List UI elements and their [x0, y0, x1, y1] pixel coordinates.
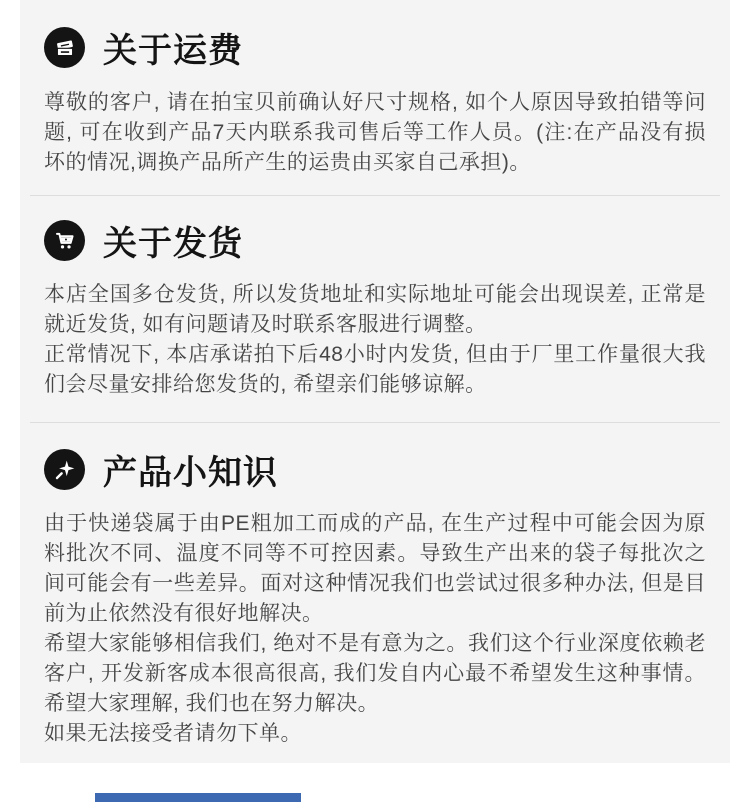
section-title: 产品小知识	[103, 445, 278, 494]
cart-icon	[44, 220, 85, 261]
paragraph: 如果无法接受者请勿下单。	[44, 719, 706, 749]
paragraph: 本店全国多仓发货, 所以发货地址和实际地址可能会出现误差, 正常是就近发货, 如…	[44, 280, 706, 340]
product-notice-panel: 关于运费 尊敬的客户, 请在拍宝贝前确认好尺寸规格, 如个人原因导致拍错等问题,…	[20, 0, 730, 763]
bottom-accent-bar	[95, 793, 301, 802]
paragraph: 尊敬的客户, 请在拍宝贝前确认好尺寸规格, 如个人原因导致拍错等问题, 可在收到…	[44, 88, 706, 178]
section-product-tips: 产品小知识 由于快递袋属于由PE粗加工而成的产品, 在生产过程中可能会因为原料批…	[20, 423, 730, 749]
paragraph: 正常情况下, 本店承诺拍下后48小时内发货, 但由于厂里工作量很大我们会尽量安排…	[44, 340, 706, 400]
paragraph: 由于快递袋属于由PE粗加工而成的产品, 在生产过程中可能会因为原料批次不同、温度…	[44, 509, 706, 629]
section-shipping-fee: 关于运费 尊敬的客户, 请在拍宝贝前确认好尺寸规格, 如个人原因导致拍错等问题,…	[20, 0, 730, 178]
wand-icon	[44, 449, 85, 490]
section-header-product-tips: 产品小知识	[44, 445, 706, 494]
banknote-icon	[44, 27, 85, 68]
section-header-shipping-fee: 关于运费	[44, 23, 706, 72]
section-title: 关于发货	[103, 216, 243, 265]
paragraph: 希望大家能够相信我们, 绝对不是有意为之。我们这个行业深度依赖老客户, 开发新客…	[44, 629, 706, 719]
section-delivery: 关于发货 本店全国多仓发货, 所以发货地址和实际地址可能会出现误差, 正常是就近…	[20, 196, 730, 400]
section-header-delivery: 关于发货	[44, 216, 706, 265]
section-title: 关于运费	[103, 23, 243, 72]
